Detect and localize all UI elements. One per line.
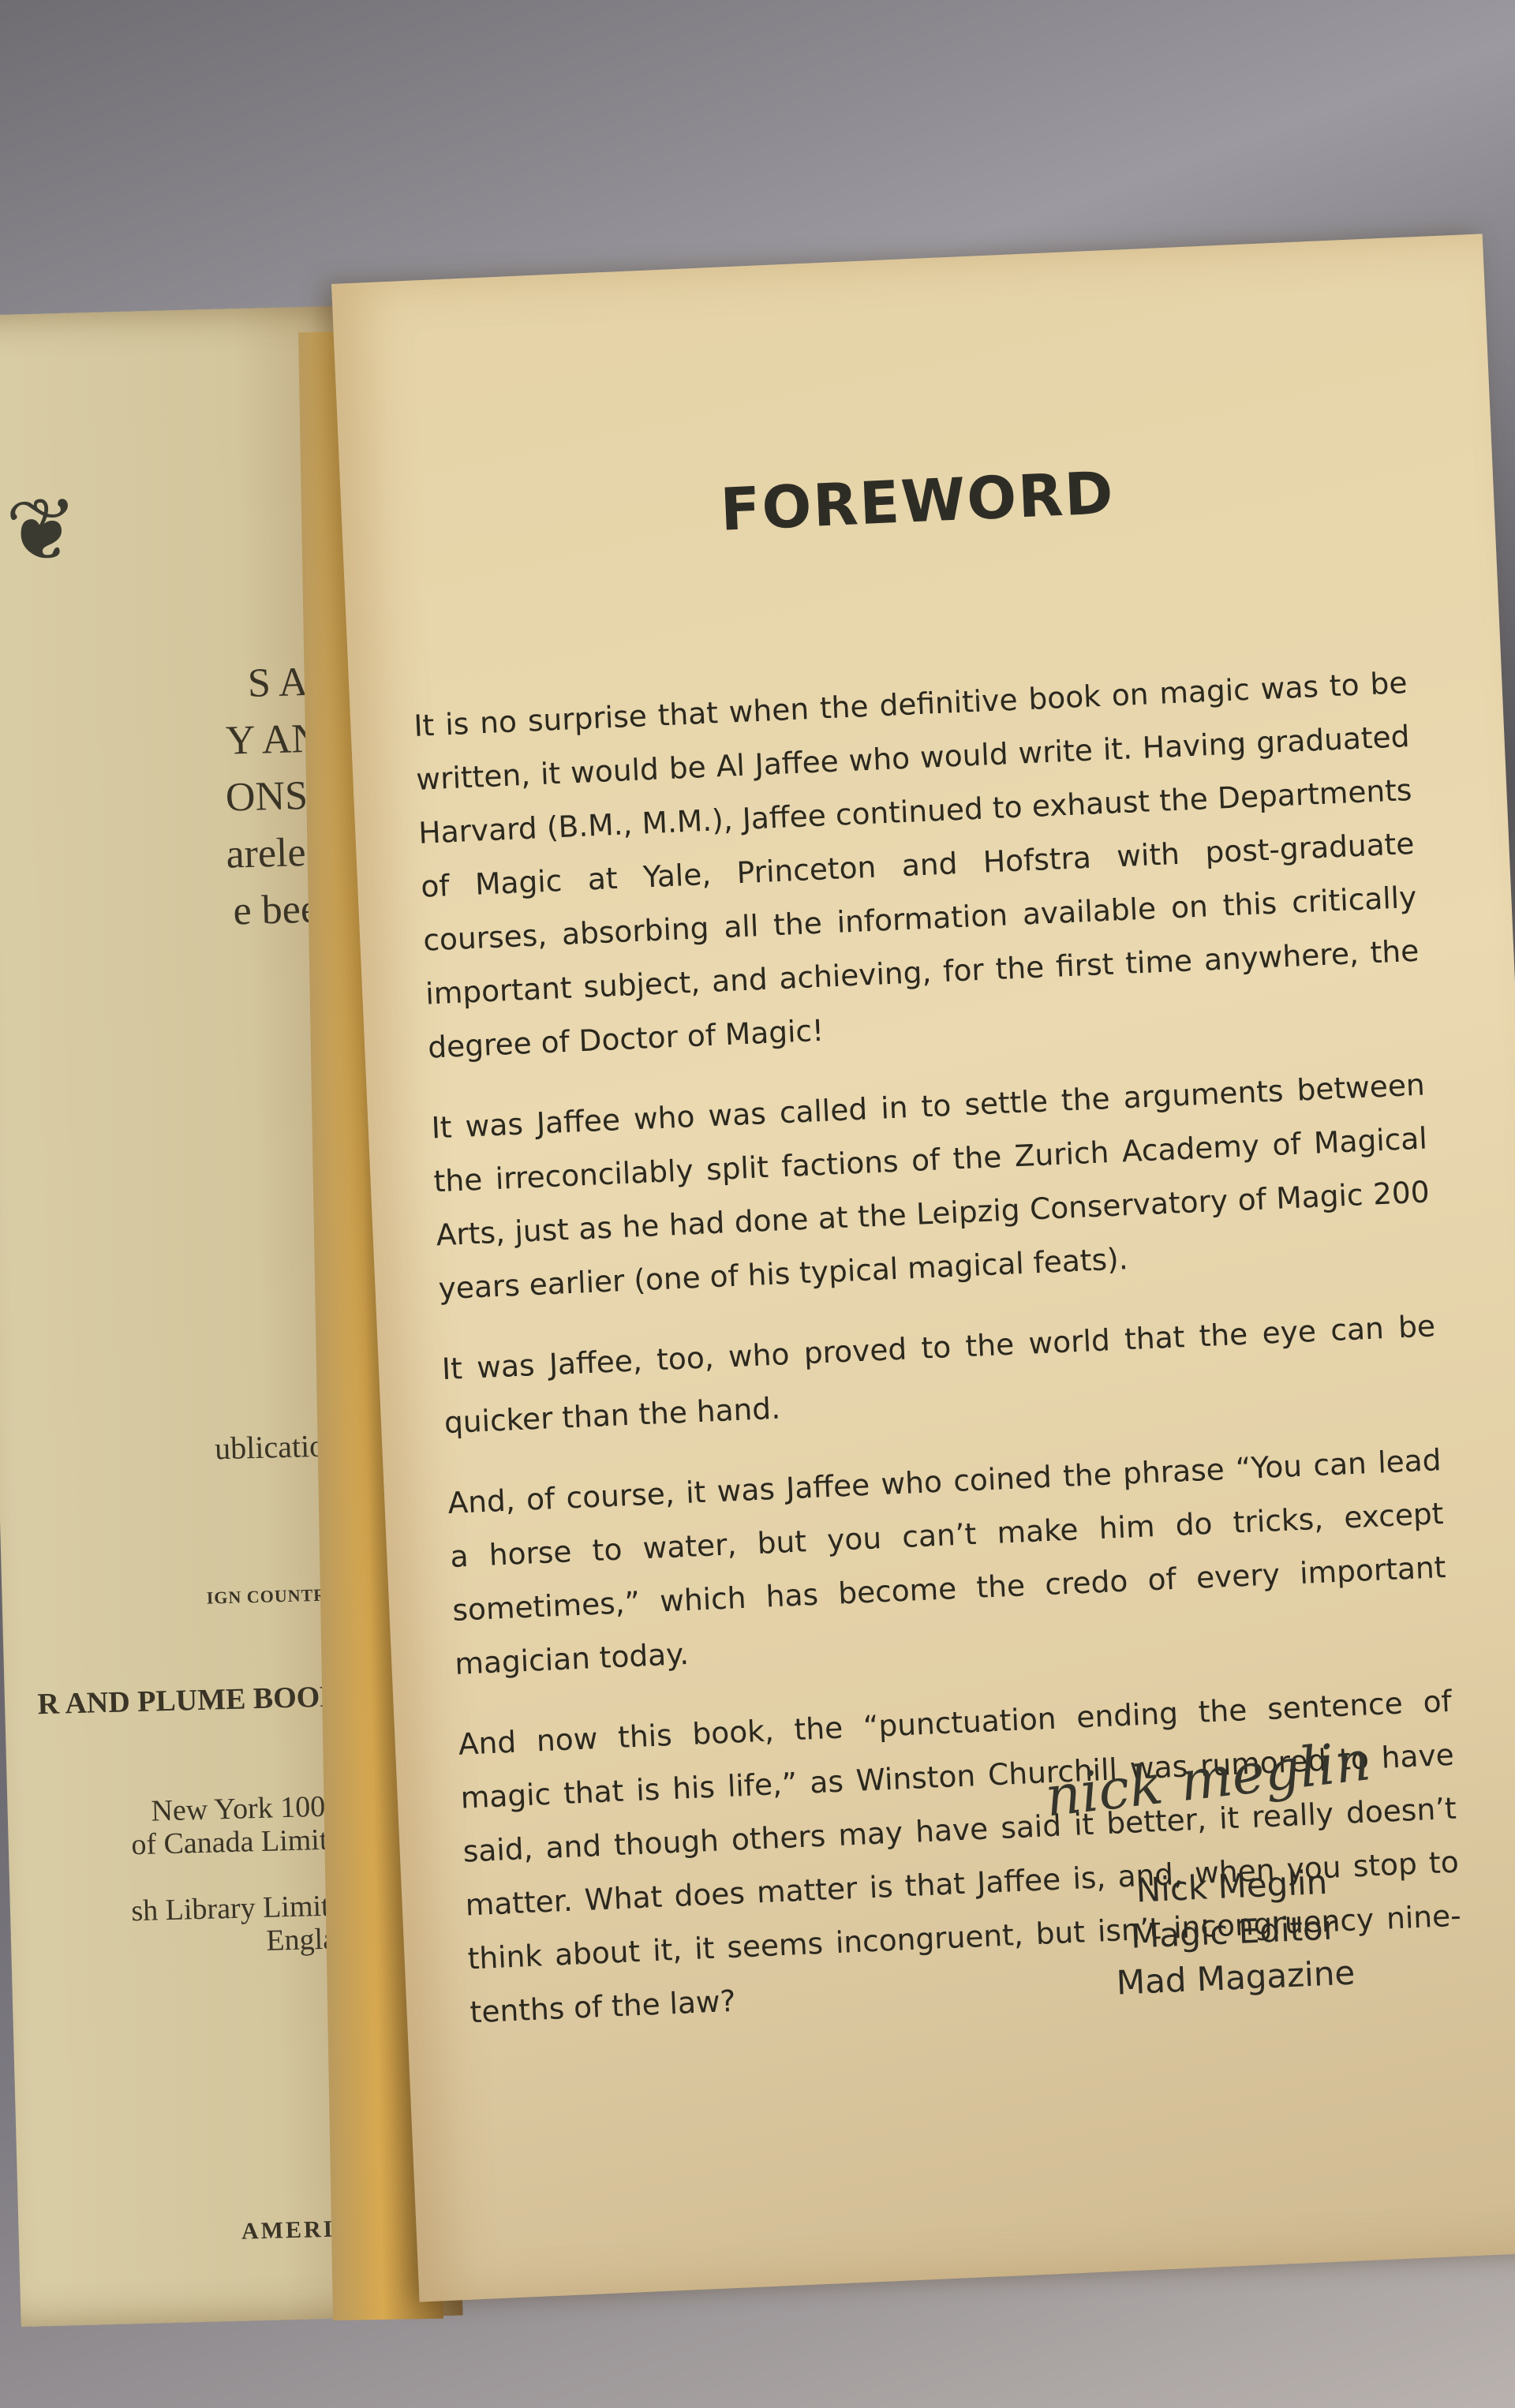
author-credit: Nick Meglin Magic Editor Mad Magazine xyxy=(1112,1859,1356,2006)
paragraph: It was Jaffee, too, who proved to the wo… xyxy=(441,1299,1439,1449)
right-page: FOREWORD It is no surprise that when the… xyxy=(331,234,1515,2301)
foreword-body: It is no surprise that when the definiti… xyxy=(413,656,1465,2066)
page-title: FOREWORD xyxy=(341,443,1494,561)
ornament-icon: ❦ xyxy=(4,478,80,581)
plume-books-fragment: R AND PLUME BOOKS xyxy=(37,1679,361,1722)
paragraph: It was Jaffee who was called in to settl… xyxy=(430,1058,1433,1316)
paragraph: It is no surprise that when the definiti… xyxy=(413,656,1423,1075)
paragraph: And, of course, it was Jaffee who coined… xyxy=(447,1433,1450,1691)
